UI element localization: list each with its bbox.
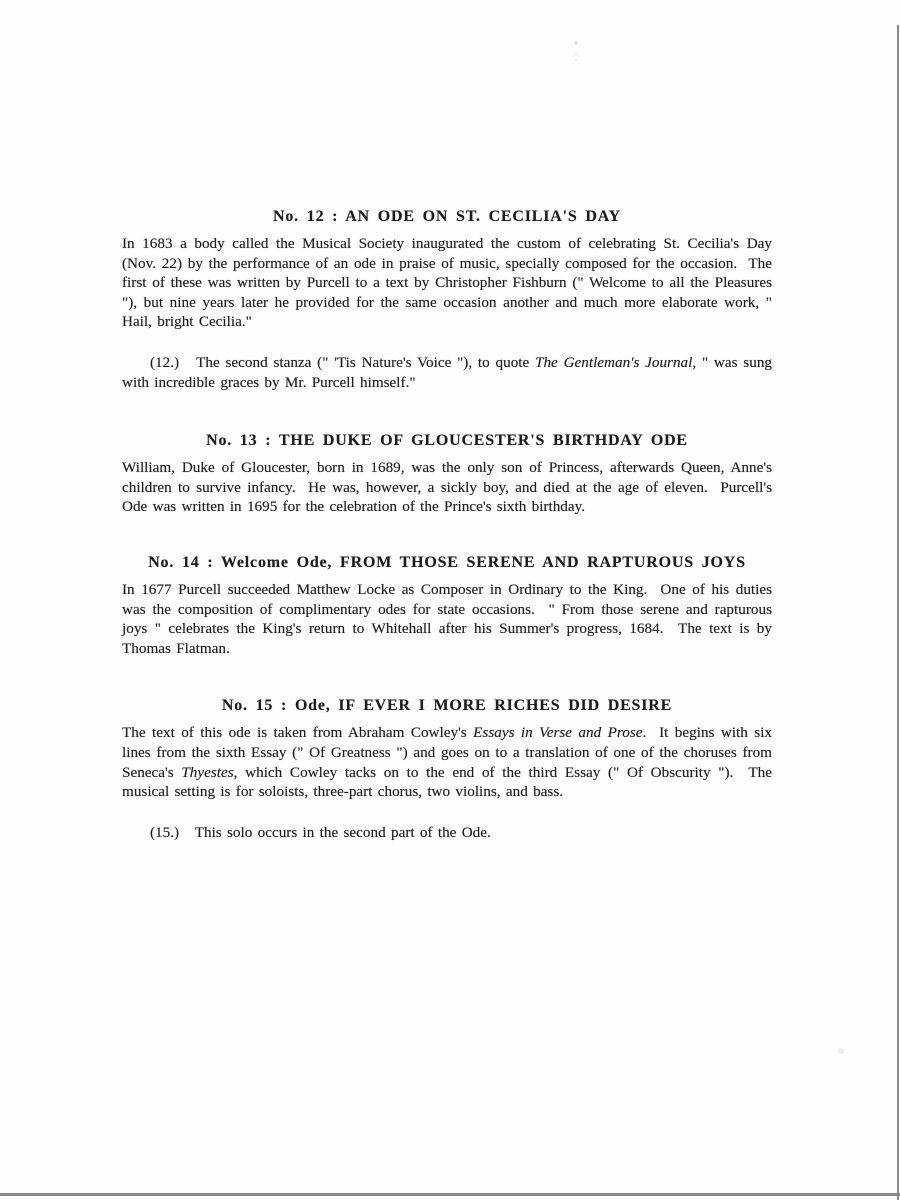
section-body-no-14: In 1677 Purcell succeeded Matthew Locke … [122, 580, 772, 658]
note-text: (12.) The second stanza (" 'Tis Nature's… [150, 354, 535, 371]
section-heading-no-15: No. 15 : Ode, IF EVER I MORE RICHES DID … [122, 696, 772, 716]
section-no-14: No. 14 : Welcome Ode, FROM THOSE SERENE … [122, 553, 772, 658]
body-text: William, Duke of Gloucester, born in 168… [122, 459, 772, 515]
body-text: The text of this ode is taken from Abrah… [122, 724, 473, 741]
section-no-13: No. 13 : THE DUKE OF GLOUCESTER'S BIRTHD… [122, 431, 772, 517]
page-text-block: No. 12 : AN ODE ON ST. CECILIA'S DAY In … [122, 207, 772, 842]
section-body-no-15: The text of this ode is taken from Abrah… [122, 723, 772, 801]
scan-speck [838, 1048, 844, 1054]
section-no-15: No. 15 : Ode, IF EVER I MORE RICHES DID … [122, 696, 772, 842]
section-body-no-12: In 1683 a body called the Musical Societ… [122, 234, 772, 332]
section-no-12: No. 12 : AN ODE ON ST. CECILIA'S DAY In … [122, 207, 772, 392]
scan-border-bottom [0, 1193, 900, 1196]
note-text: (15.) This solo occurs in the second par… [150, 824, 491, 841]
section-body-no-13: William, Duke of Gloucester, born in 168… [122, 458, 772, 517]
section-note-no-15: (15.) This solo occurs in the second par… [122, 823, 772, 843]
body-text-italic: Thyestes [181, 764, 233, 781]
body-text-italic: Essays in Verse and Prose [473, 724, 642, 741]
body-text: In 1677 Purcell succeeded Matthew Locke … [122, 581, 772, 657]
note-text-italic: The Gentleman's Journal [535, 354, 692, 371]
section-heading-no-12: No. 12 : AN ODE ON ST. CECILIA'S DAY [122, 207, 772, 227]
scan-border-right [897, 25, 899, 1200]
scan-speck [574, 41, 578, 45]
section-note-no-12: (12.) The second stanza (" 'Tis Nature's… [122, 353, 772, 392]
scanned-book-page: No. 12 : AN ODE ON ST. CECILIA'S DAY In … [0, 0, 900, 1200]
section-heading-no-13: No. 13 : THE DUKE OF GLOUCESTER'S BIRTHD… [122, 431, 772, 451]
section-heading-no-14: No. 14 : Welcome Ode, FROM THOSE SERENE … [122, 553, 772, 573]
body-text: In 1683 a body called the Musical Societ… [122, 235, 772, 330]
